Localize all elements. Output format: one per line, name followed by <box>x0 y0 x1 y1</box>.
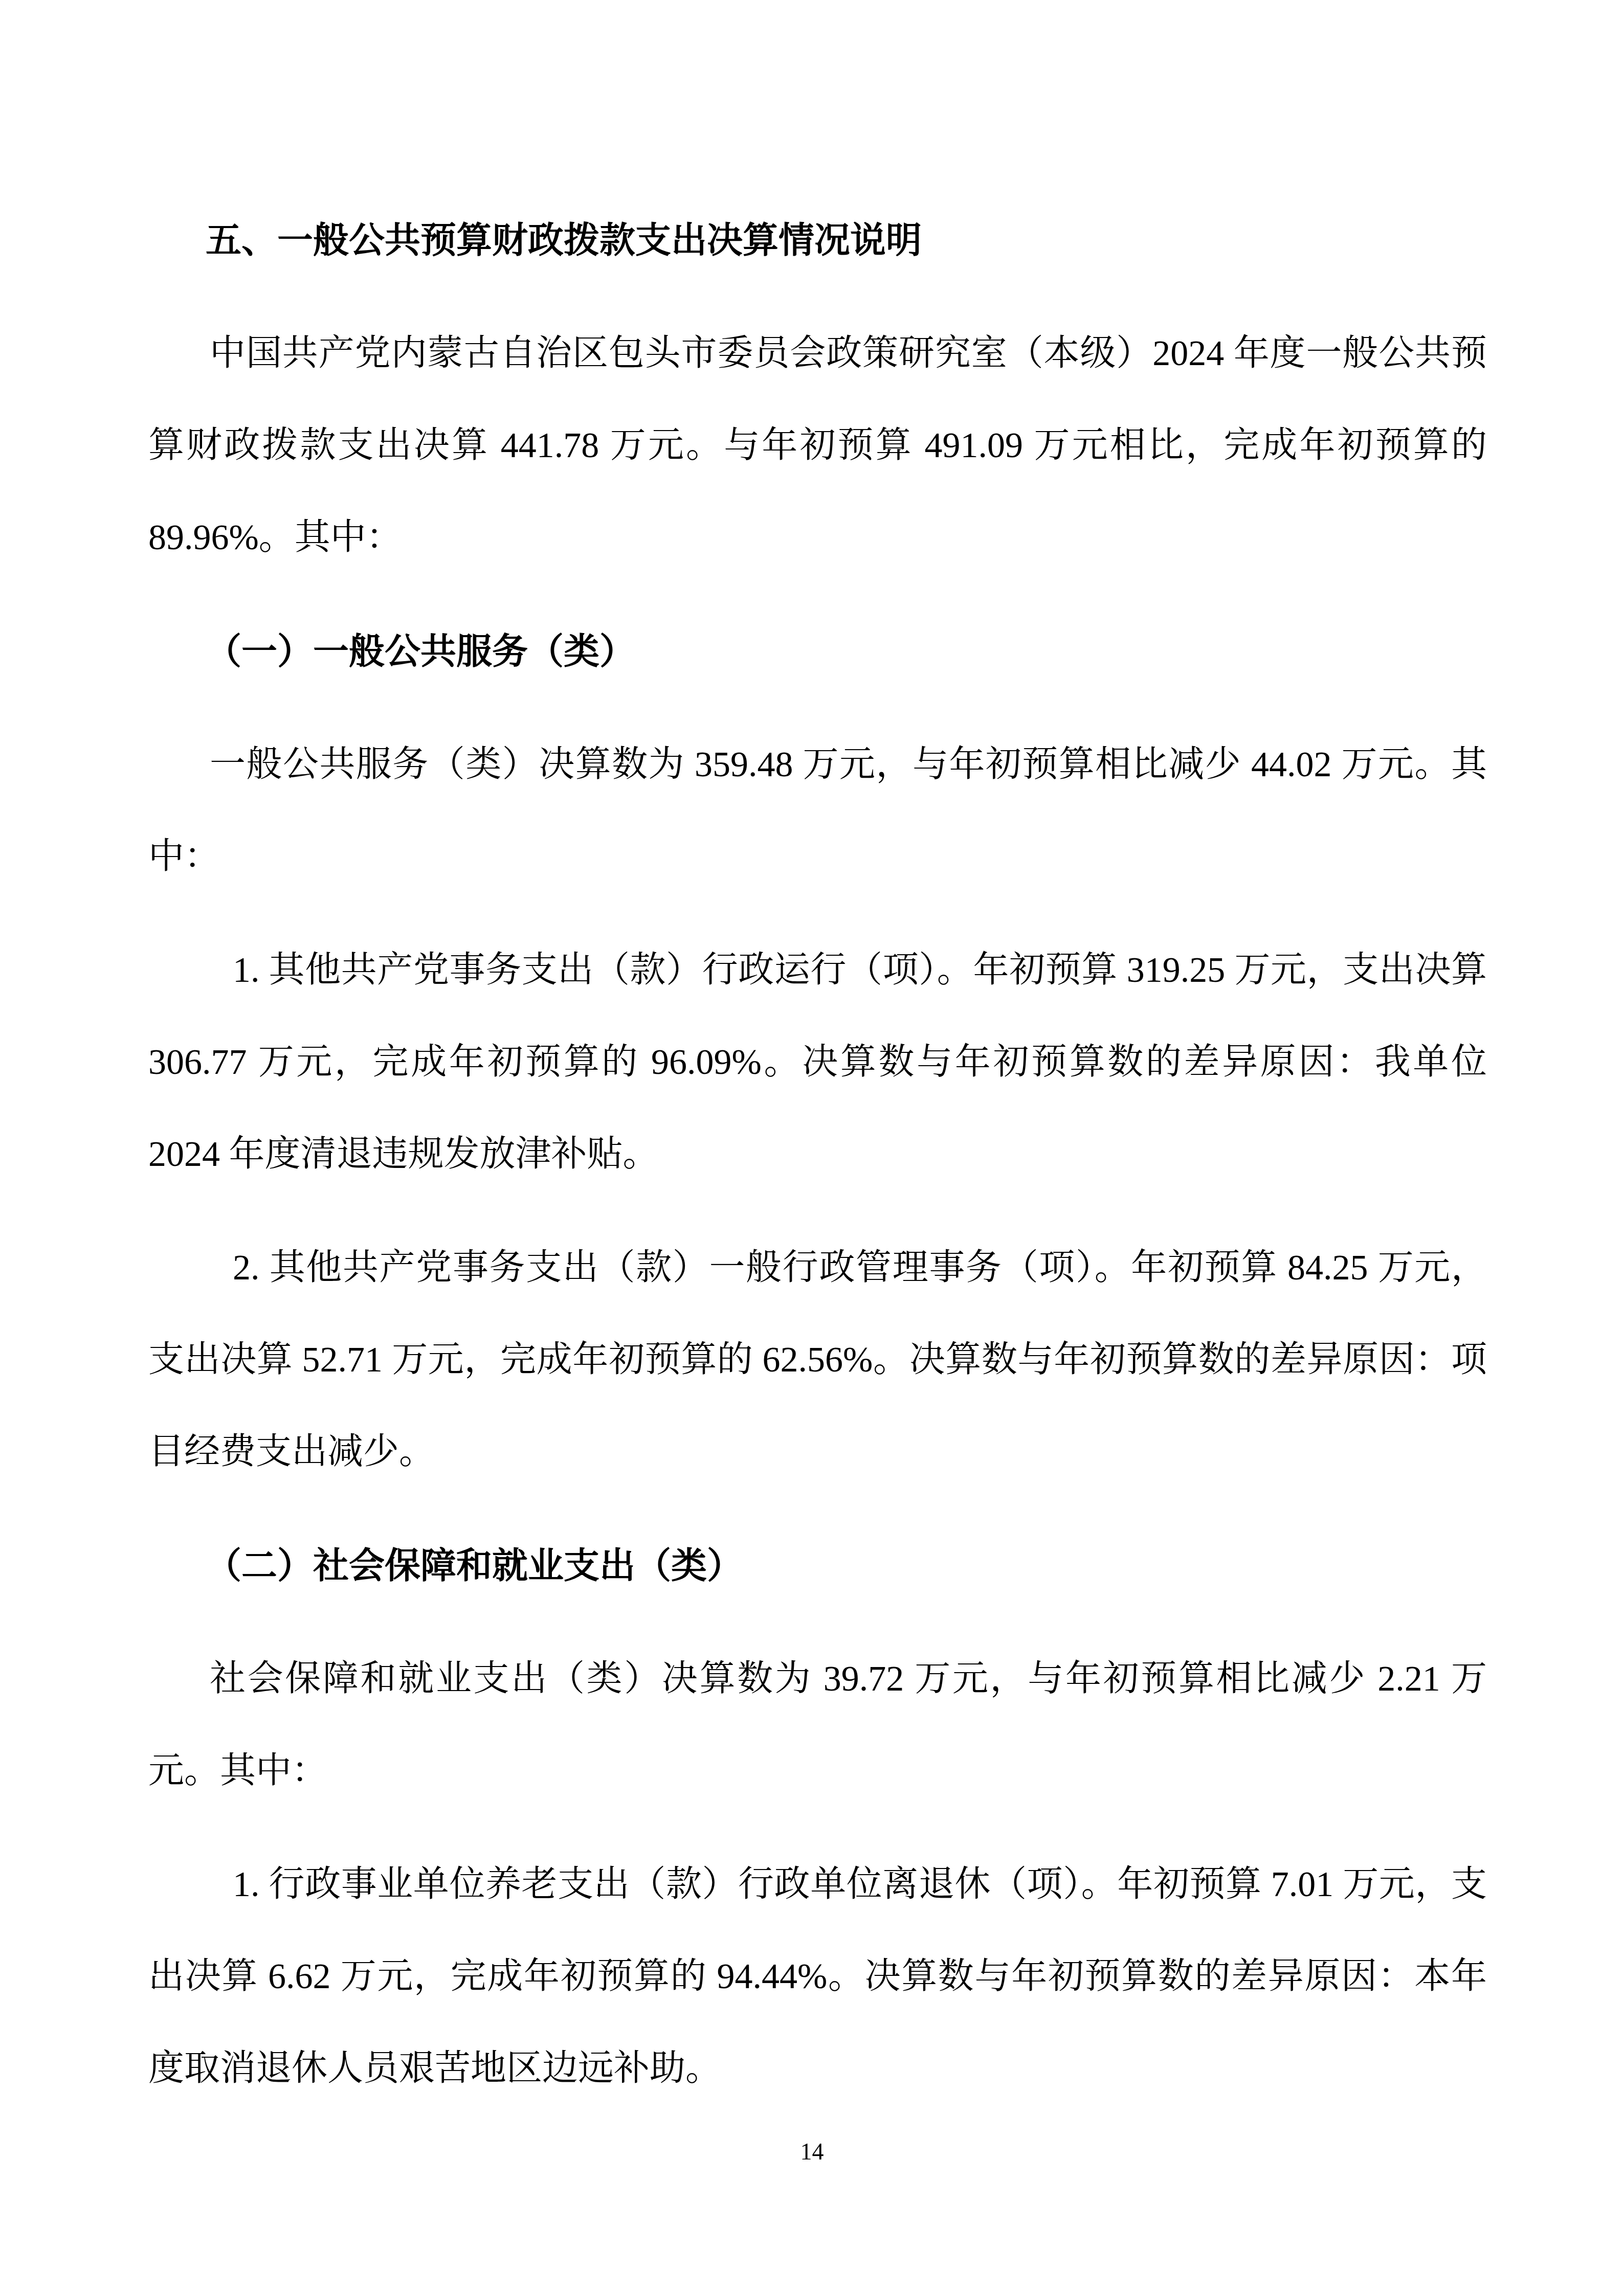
section-1-item-1: 1. 其他共产党事务支出（款）行政运行（项）。年初预算 319.25 万元，支出… <box>148 925 1487 1201</box>
section-1-summary: 一般公共服务（类）决算数为 359.48 万元，与年初预算相比减少 44.02 … <box>148 719 1487 903</box>
intro-paragraph: 中国共产党内蒙古自治区包头市委员会政策研究室（本级）2024 年度一般公共预算财… <box>148 308 1487 584</box>
section-2-summary: 社会保障和就业支出（类）决算数为 39.72 万元，与年初预算相比减少 2.21… <box>148 1633 1487 1817</box>
section-1-heading: （一）一般公共服务（类） <box>148 605 1487 697</box>
section-2-heading: （二）社会保障和就业支出（类） <box>148 1520 1487 1612</box>
page-title: 五、一般公共预算财政拨款支出决算情况说明 <box>148 194 1487 286</box>
section-1-item-2: 2. 其他共产党事务支出（款）一般行政管理事务（项）。年初预算 84.25 万元… <box>148 1222 1487 1498</box>
section-2-item-1: 1. 行政事业单位养老支出（款）行政单位离退休（项）。年初预算 7.01 万元，… <box>148 1839 1487 2115</box>
document-page: 五、一般公共预算财政拨款支出决算情况说明 中国共产党内蒙古自治区包头市委员会政策… <box>0 0 1624 2296</box>
page-number: 14 <box>0 2136 1624 2167</box>
